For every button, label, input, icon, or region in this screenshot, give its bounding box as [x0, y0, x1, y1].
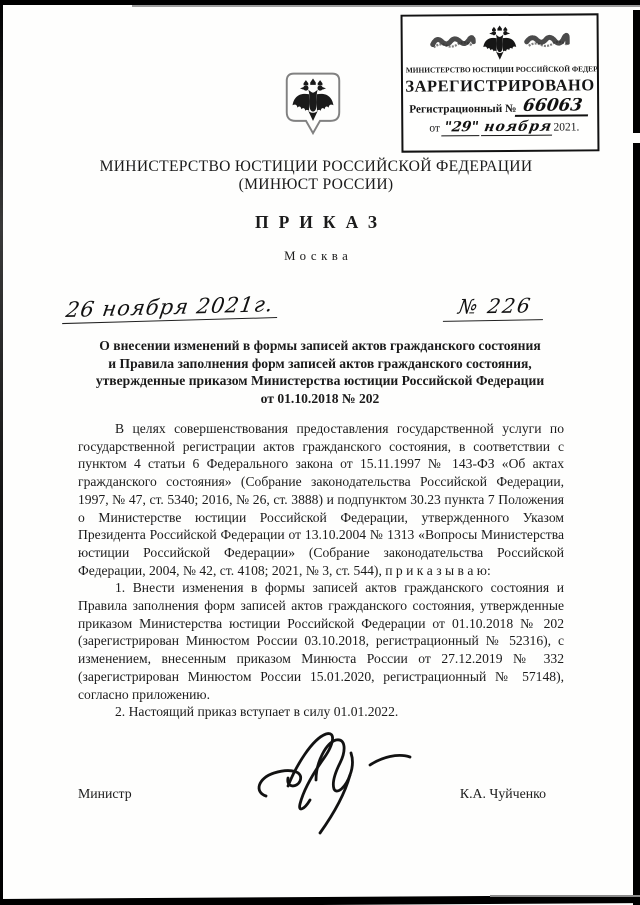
- stamp-date-prefix: от: [429, 122, 440, 136]
- handwritten-order-number: № 226: [443, 293, 547, 322]
- scan-edge-top-gray: [132, 5, 640, 7]
- document-page: МИНИСТЕРСТВО ЮСТИЦИИ РОССИЙСКОЙ ФЕДЕРАЦИ…: [0, 0, 640, 905]
- stamp-date-day: "29": [441, 120, 481, 136]
- stamp-reg-number-value: 66063: [515, 96, 590, 117]
- stamp-registered-label: ЗАРЕГИСТРИРОВАНО: [403, 75, 597, 96]
- flourish-left-icon: [430, 33, 476, 51]
- scan-edge-left: [0, 0, 3, 905]
- minister-name: К.А. Чуйченко: [460, 786, 546, 802]
- order-title-line: и Правила заполнения форм записей актов …: [77, 355, 563, 373]
- order-title-line: утвержденные приказом Министерства юстиц…: [77, 372, 563, 390]
- scan-edge-right-gap: [633, 133, 640, 143]
- body-paragraph-item-2: 2. Настоящий приказ вступает в силу 01.0…: [78, 703, 564, 721]
- stamp-ministry-label: МИНИСТЕРСТВО ЮСТИЦИИ РОССИЙСКОЙ ФЕДЕРАЦИ…: [406, 64, 594, 74]
- ministry-short-name: (МИНЮСТ РОССИИ): [6, 176, 626, 194]
- order-title-line: от 01.10.2018 № 202: [77, 390, 563, 408]
- city-label: Москва: [6, 249, 626, 264]
- handwritten-date: 26 ноября 2021г.: [62, 292, 281, 324]
- body-paragraph-item-1: 1. Внести изменения в формы записей акто…: [78, 579, 564, 703]
- stamp-date-month: ноября: [481, 120, 555, 137]
- order-title: О внесении изменений в формы записей акт…: [77, 337, 563, 407]
- ministry-name: МИНИСТЕРСТВО ЮСТИЦИИ РОССИЙСКОЙ ФЕДЕРАЦИ…: [6, 158, 626, 176]
- stamp-ornament-row: [403, 19, 597, 64]
- stamp-registration-number-row: Регистрационный № 66063: [409, 96, 589, 117]
- date-number-row: 26 ноября 2021г. № 226: [64, 283, 545, 321]
- stamp-date-row: от "29" ноября 2021.: [429, 119, 579, 136]
- minister-signature: [252, 730, 417, 840]
- body-paragraph-preamble: В целях совершенствования предоставления…: [78, 420, 564, 579]
- ministry-header: МИНИСТЕРСТВО ЮСТИЦИИ РОССИЙСКОЙ ФЕДЕРАЦИ…: [6, 158, 626, 193]
- scan-edge-bottom-gray: [490, 895, 640, 897]
- stamp-double-headed-eagle-icon: [481, 22, 519, 62]
- flourish-right-icon: [524, 33, 570, 51]
- minister-position-label: Министр: [78, 786, 132, 802]
- coat-of-arms-icon: [285, 71, 341, 141]
- registration-stamp: МИНИСТЕРСТВО ЮСТИЦИИ РОССИЙСКОЙ ФЕДЕРАЦИ…: [401, 13, 600, 152]
- scan-edge-right: [633, 10, 640, 905]
- signature-row: Министр К.А. Чуйченко: [78, 786, 546, 802]
- order-body: В целях совершенствования предоставления…: [78, 420, 564, 721]
- stamp-date-year: 2021.: [553, 121, 579, 135]
- order-title-line: О внесении изменений в формы записей акт…: [77, 337, 563, 355]
- stamp-reg-number-label: Регистрационный №: [409, 103, 516, 118]
- document-type-heading: ПРИКАЗ: [6, 212, 626, 233]
